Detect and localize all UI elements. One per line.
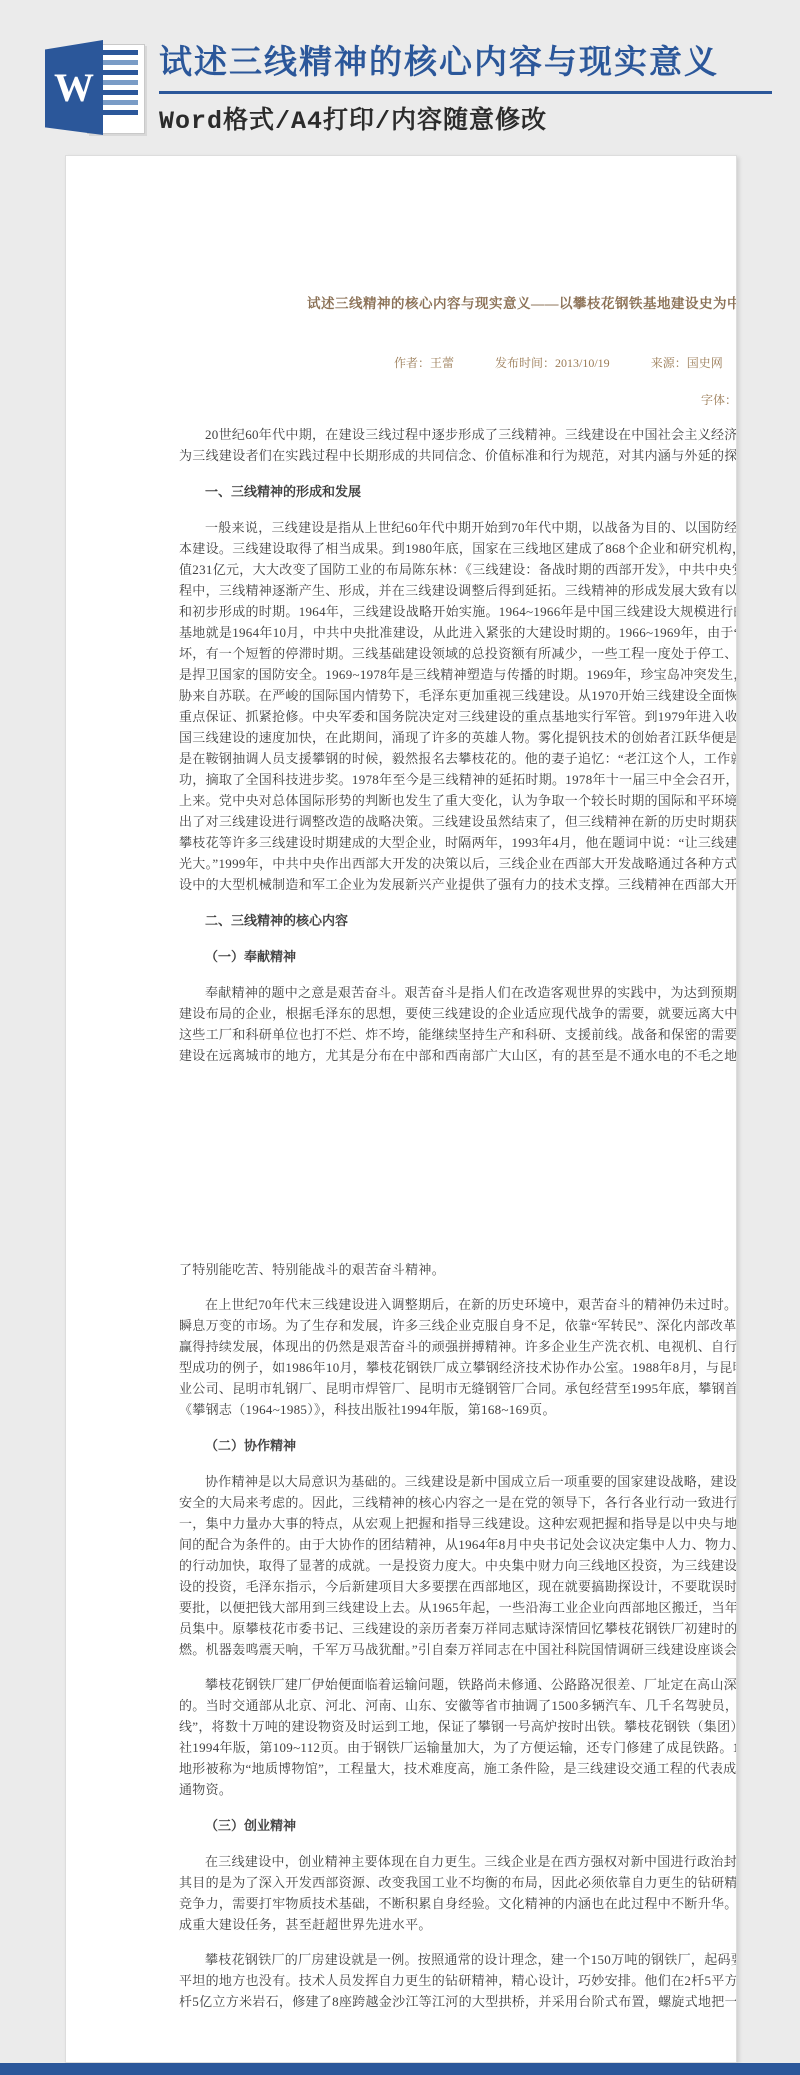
doc-line: 国三线建设的速度加快，在此期间，涌现了许多的英雄人物。雾化提钒技术的创始者江跃华… — [179, 727, 737, 748]
doc-paragraph: 协作精神是以大局意识为基础的。三线建设是新中国成立后一项重要的国家建设战略，建设… — [179, 1471, 737, 1660]
doc-heading: （一）奉献精神 — [179, 946, 737, 967]
meta-author: 作者：王蕾 — [394, 356, 454, 370]
doc-line: 20世纪60年代中期，在建设三线过程中逐步形成了三线精神。三线建设在中国社会主义… — [179, 424, 737, 445]
doc-line: 间的配合为条件的。由于大协作的团结精神，从1964年8月中央书记处会议决定集中人… — [179, 1534, 737, 1555]
doc-paragraph: 了特别能吃苦、特别能战斗的艰苦奋斗精神。 — [179, 1259, 737, 1280]
doc-line: 的。当时交通部从北京、河北、河南、山东、安徽等省市抽调了1500多辆汽车、几千名… — [179, 1695, 737, 1716]
doc-heading: （二）协作精神 — [179, 1435, 737, 1456]
doc-line: 光大。”1999年，中共中央作出西部大开发的决策以后，三线企业在西部大开发战略通… — [179, 853, 737, 874]
doc-line: 这些工厂和科研单位也打不烂、炸不垮，能继续坚持生产和科研、支援前线。战备和保密的… — [179, 1024, 737, 1045]
doc-gap — [179, 1080, 737, 1245]
doc-line: 员集中。原攀枝花市委书记、三线建设的亲历者秦万祥同志赋诗深情回忆攀枝花钢铁厂初建… — [179, 1618, 737, 1639]
word-icon-letter: W — [54, 64, 94, 111]
doc-line: 重点保证、抓紧抢修。中央军委和国务院决定对三线建设的重点基地实行军管。到1979… — [179, 706, 737, 727]
doc-line: 要批，以便把钱大部用到三线建设上去。从1965年起，一些沿海工业企业向西部地区搬… — [179, 1597, 737, 1618]
doc-line: 竞争力，需要打牢物质技术基础，不断积累自身经验。文化精神的内涵也在此过程中不断升… — [179, 1893, 737, 1914]
doc-line: 值231亿元，大大改变了国防工业的布局陈东林：《三线建设：备战时期的西部开发》，… — [179, 559, 737, 580]
doc-line: 攀枝花钢铁厂建厂伊始便面临着运输问题，铁路尚未修通、公路路况很差、厂址定在高山深… — [179, 1674, 737, 1695]
doc-line: 基地就是1964年10月，中共中央批准建设，从此进入紧张的大建设时期的。1966… — [179, 622, 737, 643]
doc-line: 杄5亿立方米岩石，修建了8座跨越金沙江等江河的大型拱桥，并采用台阶式布置，螺旋式… — [179, 1991, 737, 2012]
doc-line: 其目的是为了深入开发西部资源、改变我国工业不均衡的布局，因此必须依靠自力更生的钻… — [179, 1872, 737, 1893]
doc-line: 社1994年版，第109~112页。由于钢铁厂运输量加大，为了方便运输，还专门修… — [179, 1737, 737, 1758]
doc-paragraph: 在三线建设中，创业精神主要体现在自力更生。三线企业是在西方强权对新中国进行政治封… — [179, 1851, 737, 1935]
doc-line: 通物资。 — [179, 1779, 737, 1800]
doc-line: 程中，三线精神逐渐产生、形成，并在三线建设调整后得到延拓。三线精神的形成发展大致… — [179, 580, 737, 601]
doc-line: 奉献精神的题中之意是艰苦奋斗。艰苦奋斗是指人们在改造客观世界的实践中，为达到预期… — [179, 982, 737, 1003]
doc-line: 坏，有一个短暂的停滞时期。三线基础建设领域的总投资额有所减少，一些工程一度处于停… — [179, 643, 737, 664]
doc-line: 型成功的例子，如1986年10月，攀枝花钢铁厂成立攀钢经济技术协作办公室。198… — [179, 1357, 737, 1378]
doc-line: 地形被称为“地质博物馆”，工程量大，技术难度高，施工条件险，是三线建设交通工程的… — [179, 1758, 737, 1779]
doc-line: 业公司、昆明市轧钢厂、昆明市焊管厂、昆明市无缝钢管厂合同。承包经营至1995年底… — [179, 1378, 737, 1399]
doc-line: 协作精神是以大局意识为基础的。三线建设是新中国成立后一项重要的国家建设战略，建设… — [179, 1471, 737, 1492]
doc-paragraph: 攀枝花钢铁厂的厂房建设就是一例。按照通常的设计理念，建一个150万吨的钢铁厂，起… — [179, 1949, 737, 2012]
doc-line: 设中的大型机械制造和军工企业为发展新兴产业提供了强有力的技术支撑。三线精神在西部… — [179, 874, 737, 895]
doc-line: 安全的大局来考虑的。因此，三线精神的核心内容之一是在党的领导下，各行各业行动一致… — [179, 1492, 737, 1513]
document-page: 试述三线精神的核心内容与现实意义——以攀枝花钢铁基地建设史为中心 作者：王蕾 发… — [65, 155, 737, 2063]
doc-heading: 一、三线精神的形成和发展 — [179, 481, 737, 502]
doc-line: 功，摘取了全国科技进步奖。1978年至今是三线精神的延拓时期。1978年十一届三… — [179, 769, 737, 790]
word-icon: W — [45, 40, 145, 135]
doc-line: 胁来自苏联。在严峻的国际国内情势下，毛泽东更加重视三线建设。从1970开始三线建… — [179, 685, 737, 706]
font-size-label: 字体： — [701, 390, 737, 410]
doc-line: 是在鞍钢抽调人员支援攀钢的时候，毅然报名去攀枝花的。他的妻子追忆：“老江这个人，… — [179, 748, 737, 769]
doc-line: 线”，将数十万吨的建设物资及时运到工地，保证了攀钢一号高炉按时出铁。攀枝花钢铁（… — [179, 1716, 737, 1737]
document-content: 试述三线精神的核心内容与现实意义——以攀枝花钢铁基地建设史为中心 作者：王蕾 发… — [66, 156, 737, 2012]
doc-line: 一般来说，三线建设是指从上世纪60年代中期开始到70年代中期，以战备为目的、以国… — [179, 517, 737, 538]
doc-line: 《攀钢志（1964~1985）》，科技出版社1994年版，第168~169页。 — [179, 1399, 737, 1420]
doc-line: 瞬息万变的市场。为了生存和发展，许多三线企业克服自身不足，依靠“军转民”、深化内… — [179, 1315, 737, 1336]
doc-line: 攀枝花钢铁厂的厂房建设就是一例。按照通常的设计理念，建一个150万吨的钢铁厂，起… — [179, 1949, 737, 1970]
banner-subtitle: Word格式/A4打印/内容随意修改 — [159, 100, 772, 136]
doc-line: 在上世纪70年代末三线建设进入调整期后，在新的历史环境中，艰苦奋斗的精神仍未过时… — [179, 1294, 737, 1315]
doc-body: 20世纪60年代中期，在建设三线过程中逐步形成了三线精神。三线建设在中国社会主义… — [179, 424, 737, 2012]
footer-bar — [0, 2063, 800, 2075]
doc-line: 建设布局的企业，根据毛泽东的思想，要使三线建设的企业适应现代战争的需要，就要远离… — [179, 1003, 737, 1024]
doc-line: 平坦的地方也没有。技术人员发挥自力更生的钻研精神，精心设计，巧妙安排。他们在2杄… — [179, 1970, 737, 1991]
word-icon-panel: W — [45, 40, 103, 135]
doc-line: 在三线建设中，创业精神主要体现在自力更生。三线企业是在西方强权对新中国进行政治封… — [179, 1851, 737, 1872]
document-meta: 作者：王蕾 发布时间：2013/10/19 来源：国史网 — [394, 353, 737, 373]
banner-text: 试述三线精神的核心内容与现实意义 Word格式/A4打印/内容随意修改 — [159, 40, 772, 136]
doc-line: 是捍卫国家的国防安全。1969~1978年是三线精神塑造与传播的时期。1969年… — [179, 664, 737, 685]
doc-line: 为三线建设者们在实践过程中长期形成的共同信念、价值标准和行为规范，对其内涵与外延… — [179, 445, 737, 466]
doc-line: 赢得持续发展，体现出的仍然是艰苦奋斗的顽强拼搏精神。许多企业生产洗衣机、电视机、… — [179, 1336, 737, 1357]
doc-line: 燃。机器轰鸣震天响，千军万马战犹酣。”引自秦万祥同志在中国社科院国情调研三线建设… — [179, 1639, 737, 1660]
doc-paragraph: 攀枝花钢铁厂建厂伊始便面临着运输问题，铁路尚未修通、公路路况很差、厂址定在高山深… — [179, 1674, 737, 1800]
meta-source: 来源：国史网 — [651, 356, 723, 370]
doc-line: 上来。党中央对总体国际形势的判断也发生了重大变化，认为争取一个较长时期的国际和平… — [179, 790, 737, 811]
doc-heading: （三）创业精神 — [179, 1815, 737, 1836]
doc-line: 建设在远离城市的地方，尤其是分布在中部和西南部广大山区，有的甚至是不通水电的不毛… — [179, 1045, 737, 1066]
document-title: 试述三线精神的核心内容与现实意义——以攀枝花钢铁基地建设史为中心 — [307, 293, 737, 314]
banner-title: 试述三线精神的核心内容与现实意义 — [159, 40, 772, 94]
doc-line: 一，集中力量办大事的特点，从宏观上把握和指导三线建设。这种宏观把握和指导是以中央… — [179, 1513, 737, 1534]
doc-paragraph: 在上世纪70年代末三线建设进入调整期后，在新的历史环境中，艰苦奋斗的精神仍未过时… — [179, 1294, 737, 1420]
doc-paragraph: 20世纪60年代中期，在建设三线过程中逐步形成了三线精神。三线建设在中国社会主义… — [179, 424, 737, 466]
doc-line: 设的投资，毛泽东指示，今后新建项目大多要摆在西部地区，现在就要搞勘探设计，不要耽… — [179, 1576, 737, 1597]
doc-paragraph: 奉献精神的题中之意是艰苦奋斗。艰苦奋斗是指人们在改造客观世界的实践中，为达到预期… — [179, 982, 737, 1066]
doc-paragraph: 一般来说，三线建设是指从上世纪60年代中期开始到70年代中期，以战备为目的、以国… — [179, 517, 737, 895]
doc-line: 本建设。三线建设取得了相当成果。到1980年底，国家在三线地区建成了868个企业… — [179, 538, 737, 559]
doc-line: 出了对三线建设进行调整改造的战略决策。三线建设虽然结束了，但三线精神在新的历史时… — [179, 811, 737, 832]
meta-publish-date: 发布时间：2013/10/19 — [495, 356, 610, 370]
doc-heading: 二、三线精神的核心内容 — [179, 910, 737, 931]
doc-line: 和初步形成的时期。1964年，三线建设战略开始实施。1964~1966年是中国三… — [179, 601, 737, 622]
doc-line: 成重大建设任务，甚至赶超世界先进水平。 — [179, 1914, 737, 1935]
site-banner: W 试述三线精神的核心内容与现实意义 Word格式/A4打印/内容随意修改 — [0, 0, 800, 115]
doc-line: 了特别能吃苦、特别能战斗的艰苦奋斗精神。 — [179, 1259, 737, 1280]
doc-line: 的行动加快，取得了显著的成就。一是投资力度大。中央集中财力向三线地区投资，为三线… — [179, 1555, 737, 1576]
doc-line: 攀枝花等许多三线建设时期建成的大型企业，时隔两年，1993年4月，他在题词中说：… — [179, 832, 737, 853]
